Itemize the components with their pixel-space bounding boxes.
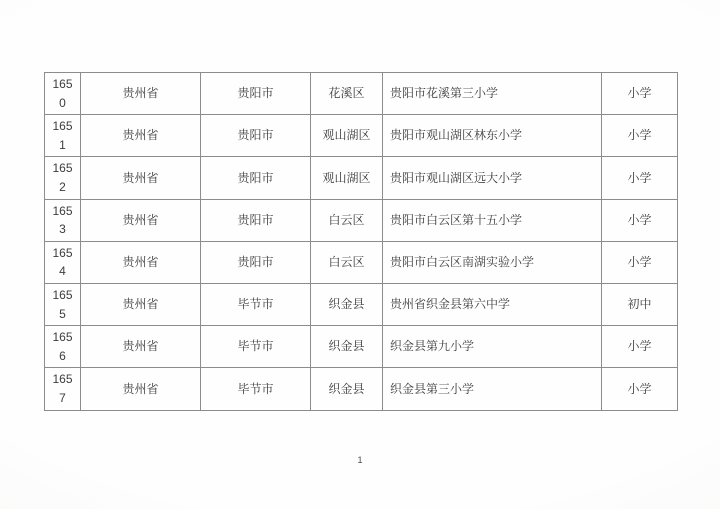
cell-district: 花溪区 — [311, 73, 383, 115]
cell-province: 贵州省 — [81, 157, 201, 199]
school-table: 1650 贵州省 贵阳市 花溪区 贵阳市花溪第三小学 小学 1651 贵州省 贵… — [44, 72, 678, 411]
table-row: 1654 贵州省 贵阳市 白云区 贵阳市白云区南湖实验小学 小学 — [45, 241, 678, 283]
cell-school-level: 小学 — [602, 115, 678, 157]
cell-number: 1654 — [45, 241, 81, 283]
cell-city: 毕节市 — [201, 368, 311, 410]
table-row: 1652 贵州省 贵阳市 观山湖区 贵阳市观山湖区远大小学 小学 — [45, 157, 678, 199]
cell-district: 织金县 — [311, 326, 383, 368]
cell-school-level: 小学 — [602, 326, 678, 368]
table-row: 1650 贵州省 贵阳市 花溪区 贵阳市花溪第三小学 小学 — [45, 73, 678, 115]
cell-school-name: 贵阳市观山湖区远大小学 — [383, 157, 602, 199]
cell-school-level: 小学 — [602, 241, 678, 283]
cell-district: 织金县 — [311, 368, 383, 410]
cell-city: 贵阳市 — [201, 157, 311, 199]
cell-city: 贵阳市 — [201, 73, 311, 115]
cell-province: 贵州省 — [81, 368, 201, 410]
cell-school-name: 贵州省织金县第六中学 — [383, 283, 602, 325]
cell-province: 贵州省 — [81, 73, 201, 115]
cell-number: 1652 — [45, 157, 81, 199]
cell-number: 1653 — [45, 199, 81, 241]
cell-city: 贵阳市 — [201, 241, 311, 283]
cell-district: 白云区 — [311, 199, 383, 241]
cell-city: 贵阳市 — [201, 115, 311, 157]
cell-district: 织金县 — [311, 283, 383, 325]
cell-school-name: 织金县第三小学 — [383, 368, 602, 410]
cell-number: 1655 — [45, 283, 81, 325]
cell-district: 白云区 — [311, 241, 383, 283]
cell-province: 贵州省 — [81, 326, 201, 368]
cell-school-level: 小学 — [602, 199, 678, 241]
cell-district: 观山湖区 — [311, 157, 383, 199]
cell-province: 贵州省 — [81, 283, 201, 325]
cell-city: 贵阳市 — [201, 199, 311, 241]
table-row: 1655 贵州省 毕节市 织金县 贵州省织金县第六中学 初中 — [45, 283, 678, 325]
table-row: 1653 贵州省 贵阳市 白云区 贵阳市白云区第十五小学 小学 — [45, 199, 678, 241]
cell-school-name: 贵阳市花溪第三小学 — [383, 73, 602, 115]
table-row: 1656 贵州省 毕节市 织金县 织金县第九小学 小学 — [45, 326, 678, 368]
cell-school-level: 初中 — [602, 283, 678, 325]
cell-city: 毕节市 — [201, 283, 311, 325]
table-row: 1651 贵州省 贵阳市 观山湖区 贵阳市观山湖区林东小学 小学 — [45, 115, 678, 157]
cell-school-name: 贵阳市白云区第十五小学 — [383, 199, 602, 241]
cell-city: 毕节市 — [201, 326, 311, 368]
cell-number: 1657 — [45, 368, 81, 410]
cell-school-name: 织金县第九小学 — [383, 326, 602, 368]
cell-school-level: 小学 — [602, 368, 678, 410]
cell-number: 1656 — [45, 326, 81, 368]
document-page: 1650 贵州省 贵阳市 花溪区 贵阳市花溪第三小学 小学 1651 贵州省 贵… — [0, 0, 720, 509]
cell-school-name: 贵阳市白云区南湖实验小学 — [383, 241, 602, 283]
cell-school-level: 小学 — [602, 73, 678, 115]
cell-number: 1650 — [45, 73, 81, 115]
cell-school-name: 贵阳市观山湖区林东小学 — [383, 115, 602, 157]
school-table-body: 1650 贵州省 贵阳市 花溪区 贵阳市花溪第三小学 小学 1651 贵州省 贵… — [45, 73, 678, 411]
cell-district: 观山湖区 — [311, 115, 383, 157]
cell-number: 1651 — [45, 115, 81, 157]
table-row: 1657 贵州省 毕节市 织金县 织金县第三小学 小学 — [45, 368, 678, 410]
cell-province: 贵州省 — [81, 115, 201, 157]
cell-school-level: 小学 — [602, 157, 678, 199]
cell-province: 贵州省 — [81, 199, 201, 241]
page-number: 1 — [0, 455, 720, 465]
cell-province: 贵州省 — [81, 241, 201, 283]
